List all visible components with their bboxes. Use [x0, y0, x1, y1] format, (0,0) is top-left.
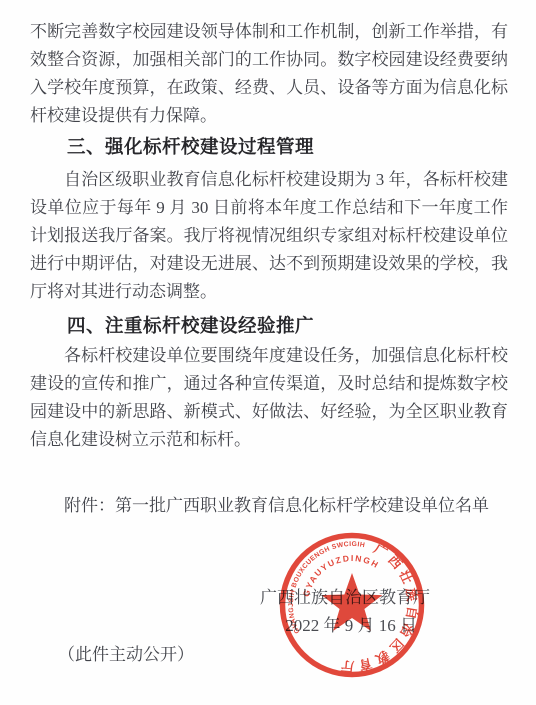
paragraph-intro-continuation: 不断完善数字校园建设领导体制和工作机制，创新工作举措，有效整合资源，加强相关部门…: [30, 18, 508, 130]
signature-block: 广西壮族自治区教育厅 2022 年 9 月 16 日: [30, 584, 508, 640]
issuer-name: 广西壮族自治区教育厅: [30, 584, 508, 612]
section-3-paragraph: 自治区级职业教育信息化标杆校建设期为 3 年，各标杆校建设单位应于每年 9 月 …: [30, 166, 508, 306]
disclosure-note: （此件主动公开）: [30, 641, 508, 669]
section-4-paragraph: 各标杆校建设单位要围绕年度建设任务，加强信息化标杆校建设的宣传和推广，通过各种宣…: [30, 342, 508, 454]
section-heading-4: 四、注重标杆校建设经验推广: [30, 312, 508, 340]
document-body: 不断完善数字校园建设领导体制和工作机制，创新工作举措，有效整合资源，加强相关部门…: [30, 18, 508, 669]
document-page: 不断完善数字校园建设领导体制和工作机制，创新工作举措，有效整合资源，加强相关部门…: [0, 0, 536, 705]
issue-date: 2022 年 9 月 16 日: [30, 612, 508, 640]
section-heading-3: 三、强化标杆校建设过程管理: [30, 133, 508, 161]
attachment-line: 附件：第一批广西职业教育信息化标杆学校建设单位名单: [30, 492, 508, 520]
